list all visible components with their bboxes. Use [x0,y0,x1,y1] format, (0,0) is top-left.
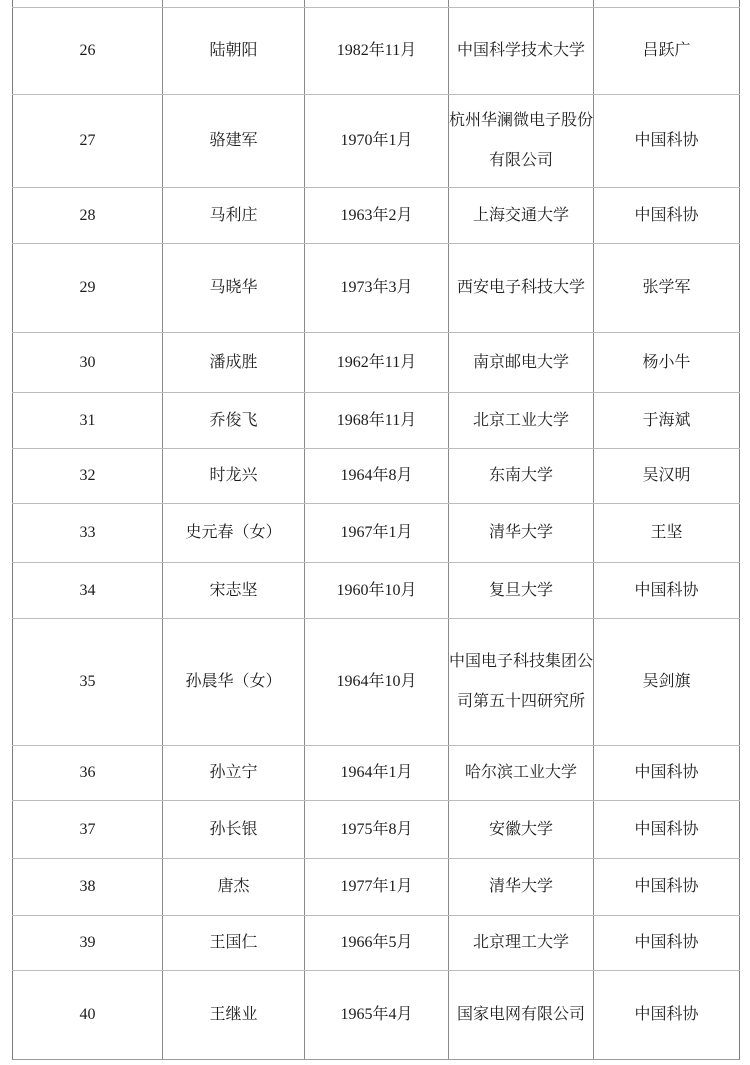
table-row: 37 孙长银 1975年8月 安徽大学 中国科协 [13,801,740,859]
cell-nominator: 中国科协 [594,916,740,971]
empty-cell [13,0,163,8]
table-row: 31 乔俊飞 1968年11月 北京工业大学 于海斌 [13,393,740,449]
table-row: 35 孙晨华（女） 1964年10月 中国电子科技集团公司第五十四研究所 吴剑旗 [13,619,740,746]
cell-person-name: 时龙兴 [163,449,305,504]
cell-birth-date: 1982年11月 [305,8,449,95]
empty-cell [305,0,449,8]
cell-institution: 北京理工大学 [449,916,594,971]
cell-birth-date: 1975年8月 [305,801,449,859]
cell-birth-date: 1968年11月 [305,393,449,449]
empty-cell [449,0,594,8]
cell-serial-number: 40 [13,971,163,1060]
cell-birth-date: 1977年1月 [305,859,449,916]
table-row: 30 潘成胜 1962年11月 南京邮电大学 杨小牛 [13,333,740,393]
cell-nominator: 中国科协 [594,971,740,1060]
cell-birth-date: 1967年1月 [305,504,449,563]
cell-birth-date: 1963年2月 [305,188,449,244]
cell-person-name: 孙晨华（女） [163,619,305,746]
cell-serial-number: 29 [13,244,163,333]
cell-birth-date: 1970年1月 [305,95,449,188]
table-row: 38 唐杰 1977年1月 清华大学 中国科协 [13,859,740,916]
cell-serial-number: 30 [13,333,163,393]
cell-birth-date: 1960年10月 [305,563,449,619]
cell-institution: 南京邮电大学 [449,333,594,393]
cell-serial-number: 34 [13,563,163,619]
cell-serial-number: 37 [13,801,163,859]
cell-person-name: 马利庄 [163,188,305,244]
candidate-table: 26 陆朝阳 1982年11月 中国科学技术大学 吕跃广 27 骆建军 1970… [12,0,740,1060]
cell-person-name: 王国仁 [163,916,305,971]
cell-nominator: 于海斌 [594,393,740,449]
cropped-previous-row [13,0,740,8]
table-row: 29 马晓华 1973年3月 西安电子科技大学 张学军 [13,244,740,333]
cell-serial-number: 26 [13,8,163,95]
cell-nominator: 中国科协 [594,801,740,859]
cell-person-name: 孙长银 [163,801,305,859]
table-row: 27 骆建军 1970年1月 杭州华澜微电子股份有限公司 中国科协 [13,95,740,188]
cell-institution: 中国科学技术大学 [449,8,594,95]
table-body: 26 陆朝阳 1982年11月 中国科学技术大学 吕跃广 27 骆建军 1970… [13,0,740,1060]
cell-institution: 国家电网有限公司 [449,971,594,1060]
cell-serial-number: 35 [13,619,163,746]
cell-person-name: 马晓华 [163,244,305,333]
cell-birth-date: 1964年8月 [305,449,449,504]
cell-institution: 清华大学 [449,859,594,916]
cell-person-name: 孙立宁 [163,746,305,801]
table-row: 26 陆朝阳 1982年11月 中国科学技术大学 吕跃广 [13,8,740,95]
cell-nominator: 中国科协 [594,859,740,916]
cell-person-name: 乔俊飞 [163,393,305,449]
cell-institution: 上海交通大学 [449,188,594,244]
cell-person-name: 宋志坚 [163,563,305,619]
cell-serial-number: 28 [13,188,163,244]
cell-institution: 西安电子科技大学 [449,244,594,333]
cell-institution: 哈尔滨工业大学 [449,746,594,801]
cell-person-name: 骆建军 [163,95,305,188]
cell-nominator: 吕跃广 [594,8,740,95]
cell-person-name: 潘成胜 [163,333,305,393]
cell-serial-number: 33 [13,504,163,563]
cell-nominator: 中国科协 [594,746,740,801]
table-row: 36 孙立宁 1964年1月 哈尔滨工业大学 中国科协 [13,746,740,801]
table-row: 34 宋志坚 1960年10月 复旦大学 中国科协 [13,563,740,619]
cell-nominator: 中国科协 [594,563,740,619]
cell-birth-date: 1973年3月 [305,244,449,333]
cell-serial-number: 31 [13,393,163,449]
table-row: 39 王国仁 1966年5月 北京理工大学 中国科协 [13,916,740,971]
cell-institution: 复旦大学 [449,563,594,619]
cell-institution: 杭州华澜微电子股份有限公司 [449,95,594,188]
cell-serial-number: 36 [13,746,163,801]
cell-institution: 安徽大学 [449,801,594,859]
cell-birth-date: 1964年10月 [305,619,449,746]
cell-nominator: 中国科协 [594,188,740,244]
cell-serial-number: 38 [13,859,163,916]
cell-serial-number: 39 [13,916,163,971]
table-row: 32 时龙兴 1964年8月 东南大学 吴汉明 [13,449,740,504]
table-row: 40 王继业 1965年4月 国家电网有限公司 中国科协 [13,971,740,1060]
cell-institution: 北京工业大学 [449,393,594,449]
table-row: 28 马利庄 1963年2月 上海交通大学 中国科协 [13,188,740,244]
cell-nominator: 吴剑旗 [594,619,740,746]
cell-institution: 东南大学 [449,449,594,504]
empty-cell [594,0,740,8]
cell-birth-date: 1964年1月 [305,746,449,801]
cell-birth-date: 1966年5月 [305,916,449,971]
cell-person-name: 陆朝阳 [163,8,305,95]
cell-nominator: 中国科协 [594,95,740,188]
table-row: 33 史元春（女） 1967年1月 清华大学 王坚 [13,504,740,563]
cell-nominator: 王坚 [594,504,740,563]
cell-serial-number: 27 [13,95,163,188]
cell-nominator: 张学军 [594,244,740,333]
cell-nominator: 杨小牛 [594,333,740,393]
cell-institution: 清华大学 [449,504,594,563]
cell-serial-number: 32 [13,449,163,504]
cell-person-name: 王继业 [163,971,305,1060]
cell-birth-date: 1962年11月 [305,333,449,393]
cell-nominator: 吴汉明 [594,449,740,504]
cell-birth-date: 1965年4月 [305,971,449,1060]
cell-person-name: 史元春（女） [163,504,305,563]
cell-person-name: 唐杰 [163,859,305,916]
cell-institution: 中国电子科技集团公司第五十四研究所 [449,619,594,746]
empty-cell [163,0,305,8]
